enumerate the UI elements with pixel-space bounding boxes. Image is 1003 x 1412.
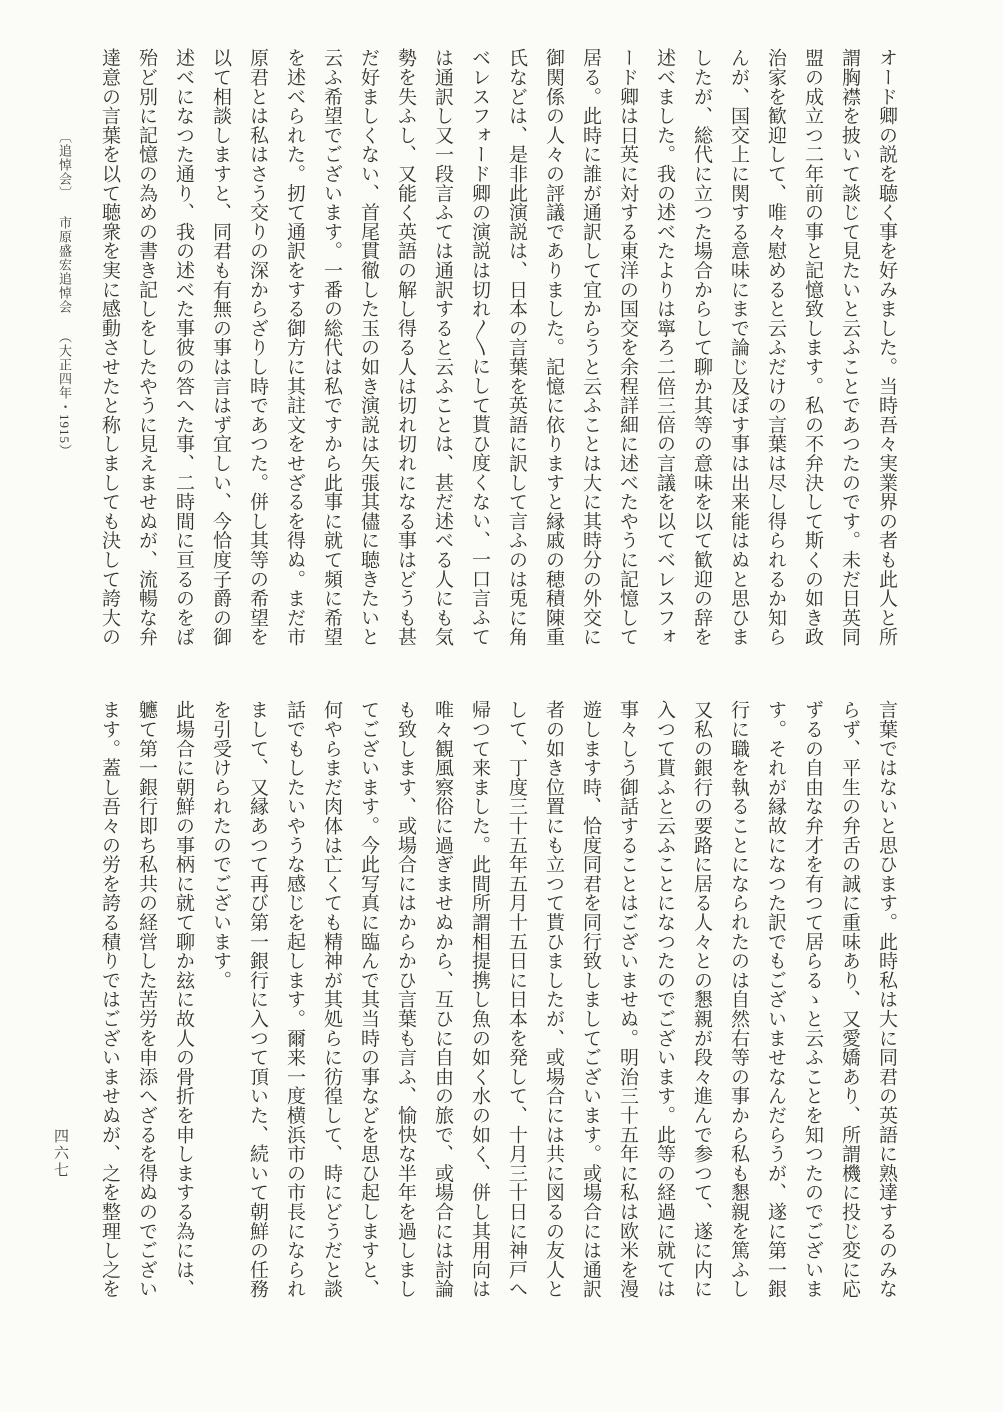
text-column: は通訳し又一段言ふては通訳すると云ふことは、甚だ述べる人にも気 (424, 48, 461, 648)
text-column: 勢を失ふし、又能く英語の解し得る人は切れ切れになる事はどうも甚 (387, 48, 424, 648)
text-column: ずるの自由な弁才を有つて居らるゝと云ふことを知つたのでございま (794, 700, 831, 1300)
text-column: らず、平生の弁舌の誠に重味あり、又愛嬌あり、所謂機に投じ変に応 (831, 700, 868, 1300)
text-column: まして、又縁あつて再び第一銀行に入つて頂いた、続いて朝鮮の任務 (239, 700, 276, 1300)
attribution-title: 市原盛宏追悼会 (57, 216, 72, 314)
text-column: も致します、或場合にはからかひ言葉も言ふ、愉快な半年を過しまし (387, 700, 424, 1300)
text-column: ます。蓋し吾々の労を誇る積りではございませぬが、之を整理し之を (91, 700, 128, 1300)
text-column: したが、総代に立つた場合からして聊か其等の意味を以て歓迎の辞を (683, 48, 720, 648)
text-column: 謂胸襟を披いて談じて見たいと云ふことであつたのです。未だ日英同 (831, 48, 868, 648)
text-column: 殆ど別に記憶の為めの書き記しをしたやうに見えませぬが、流暢な弁 (128, 48, 165, 648)
text-column: を引受けられたのでございます。 (202, 700, 239, 1300)
page-number: 四六七 (50, 1128, 71, 1179)
text-column: 入つて貰ふと云ふことになつたのでございます。此等の経過に就ては (646, 700, 683, 1300)
text-column: 盟の成立つ二年前の事と記憶致します。私の不弁決して斯くの如き政 (794, 48, 831, 648)
text-column: 唯々観風察俗に過ぎませぬから、互ひに自由の旅で、或場合には討論 (424, 700, 461, 1300)
text-column: 遊します時、恰度同君を同行致しましてございます。或場合には通訳 (572, 700, 609, 1300)
text-column: 言葉ではないと思ひます。此時私は大に同君の英語に熟達するのみな (868, 700, 905, 1300)
text-column: だ好ましくない、首尾貫徹した玉の如き演説は矢張其儘に聴きたいと (350, 48, 387, 648)
attribution-line: 〔追悼会〕市原盛宏追悼会（大正四年・1915） (46, 48, 83, 648)
text-column: 居る。此時に誰が通訳して宜からうと云ふことは大に其時分の外交に (572, 48, 609, 648)
text-column: 治家を歓迎して、唯々慰めると云ふだけの言葉は尽し得られるか知ら (757, 48, 794, 648)
document-page: オード卿の説を聴く事を好みました。当時吾々実業界の者も此人と所謂胸襟を披いて談じ… (0, 0, 1003, 1412)
text-column: 述べになつた通り、我の述べた事彼の答へた事、二時間に亘るのをば (165, 48, 202, 648)
text-column: 又私の銀行の要路に居る人々との懇親が段々進んで参つて、遂に内に (683, 700, 720, 1300)
text-column: 氏などは、是非此演説は、日本の言葉を英語に訳して言ふのは兎に角 (498, 48, 535, 648)
text-column: 云ふ希望でございます。一番の総代は私ですから此事に就て頻に希望 (313, 48, 350, 648)
attribution-date: （大正四年・1915） (57, 330, 72, 458)
text-column: 者の如き位置にも立つて貰ひましたが、或場合には共に図るの友人と (535, 700, 572, 1300)
text-column: ード卿は日英に対する東洋の国交を余程詳細に述べたやうに記憶して (609, 48, 646, 648)
text-column: 行に職を執ることになられたのは自然右等の事から私も懇親を篤ふし (720, 700, 757, 1300)
text-column: 以て相談しますと、同君も有無の事は言はず宜しい、今恰度子爵の御 (202, 48, 239, 648)
text-column: オード卿の説を聴く事を好みました。当時吾々実業界の者も此人と所 (868, 48, 905, 648)
text-column: ベレスフォード卿の演説は切れ〱にして貰ひ度くない、一口言ふて (461, 48, 498, 648)
text-column: 事々しう御話することはございませぬ。明治三十五年に私は欧米を漫 (609, 700, 646, 1300)
text-column: す。それが縁故になつた訳でもございませなんだらうが、遂に第一銀 (757, 700, 794, 1300)
text-column: 御関係の人々の評議でありました。記憶に依りますと縁戚の穂積陳重 (535, 48, 572, 648)
top-text-block: オード卿の説を聴く事を好みました。当時吾々実業界の者も此人と所謂胸襟を披いて談じ… (46, 48, 905, 648)
text-column: を述べられた。扨て通訳をする御方に其註文をせざるを得ぬ。まだ市 (276, 48, 313, 648)
text-column: んが、国交上に関する意味にまで論じ及ぼす事は出来能はぬと思ひま (720, 48, 757, 648)
text-column: 達意の言葉を以て聴衆を実に感動させたと称しましても決して誇大の (91, 48, 128, 648)
text-column: 此場合に朝鮮の事柄に就て聊か玆に故人の骨折を申しまする為には、 (165, 700, 202, 1300)
text-column: 軈て第一銀行即ち私共の経営した苦労を申添へざるを得ぬのでござい (128, 700, 165, 1300)
bottom-text-block: 言葉ではないと思ひます。此時私は大に同君の英語に熟達するのみならず、平生の弁舌の… (91, 700, 905, 1300)
text-column: 述べました。我の述べたよりは寧ろ二倍三倍の言議を以てベレスフォ (646, 48, 683, 648)
text-column: 原君とは私はさう交りの深からざりし時であつた。併し其等の希望を (239, 48, 276, 648)
text-column: 話でもしたいやうな感じを起します。爾来一度横浜市の市長になられ (276, 700, 313, 1300)
text-column: 何やらまだ肉体は亡くても精神が其処らに彷徨して、時にどうだと談 (313, 700, 350, 1300)
attribution-category: 〔追悼会〕 (57, 130, 72, 200)
text-column: てございます。今此写真に臨んで其当時の事などを思ひ起しますと、 (350, 700, 387, 1300)
text-column: 帰つて来ました。此間所謂相提携し魚の如く水の如く、併し其用向は (461, 700, 498, 1300)
text-column: して、丁度三十五年五月十五日に日本を発して、十月三十日に神戸へ (498, 700, 535, 1300)
